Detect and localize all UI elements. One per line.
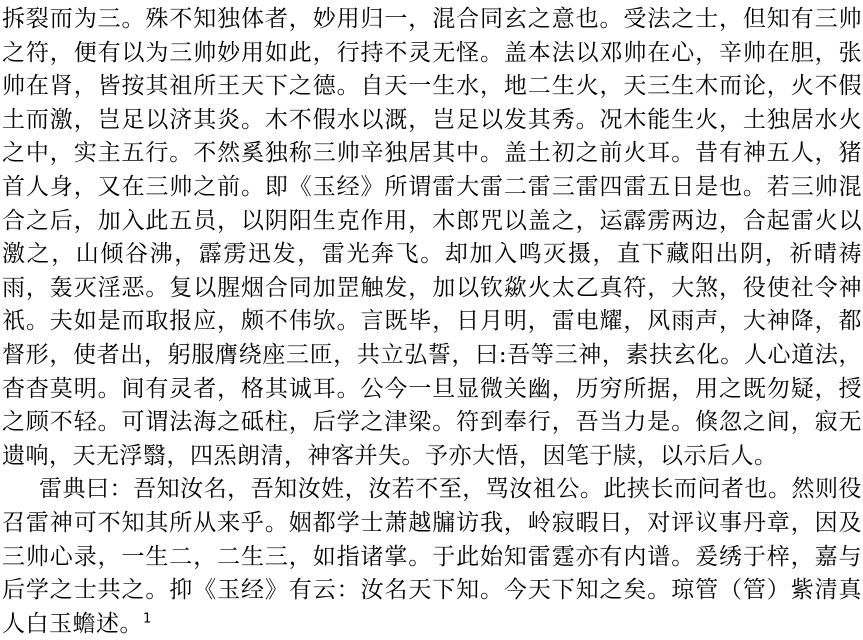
paragraph-body-1: 拆裂而为三。殊不知独体者，妙用归一，混合同玄之意也。受法之士，但知有三帅之符，便… <box>2 3 862 473</box>
paragraph-2-text: 雷典曰：吾知汝名，吾知汝姓，汝若不至，骂汝祖公。此挟长而问者也。然则役召雷神可不… <box>2 476 862 636</box>
paragraph-body-2: 雷典曰：吾知汝名，吾知汝姓，汝若不至，骂汝祖公。此挟长而问者也。然则役召雷神可不… <box>2 473 862 640</box>
document-page: 拆裂而为三。殊不知独体者，妙用归一，混合同玄之意也。受法之士，但知有三帅之符，便… <box>0 0 863 640</box>
footnote-marker: 1 <box>143 611 152 626</box>
